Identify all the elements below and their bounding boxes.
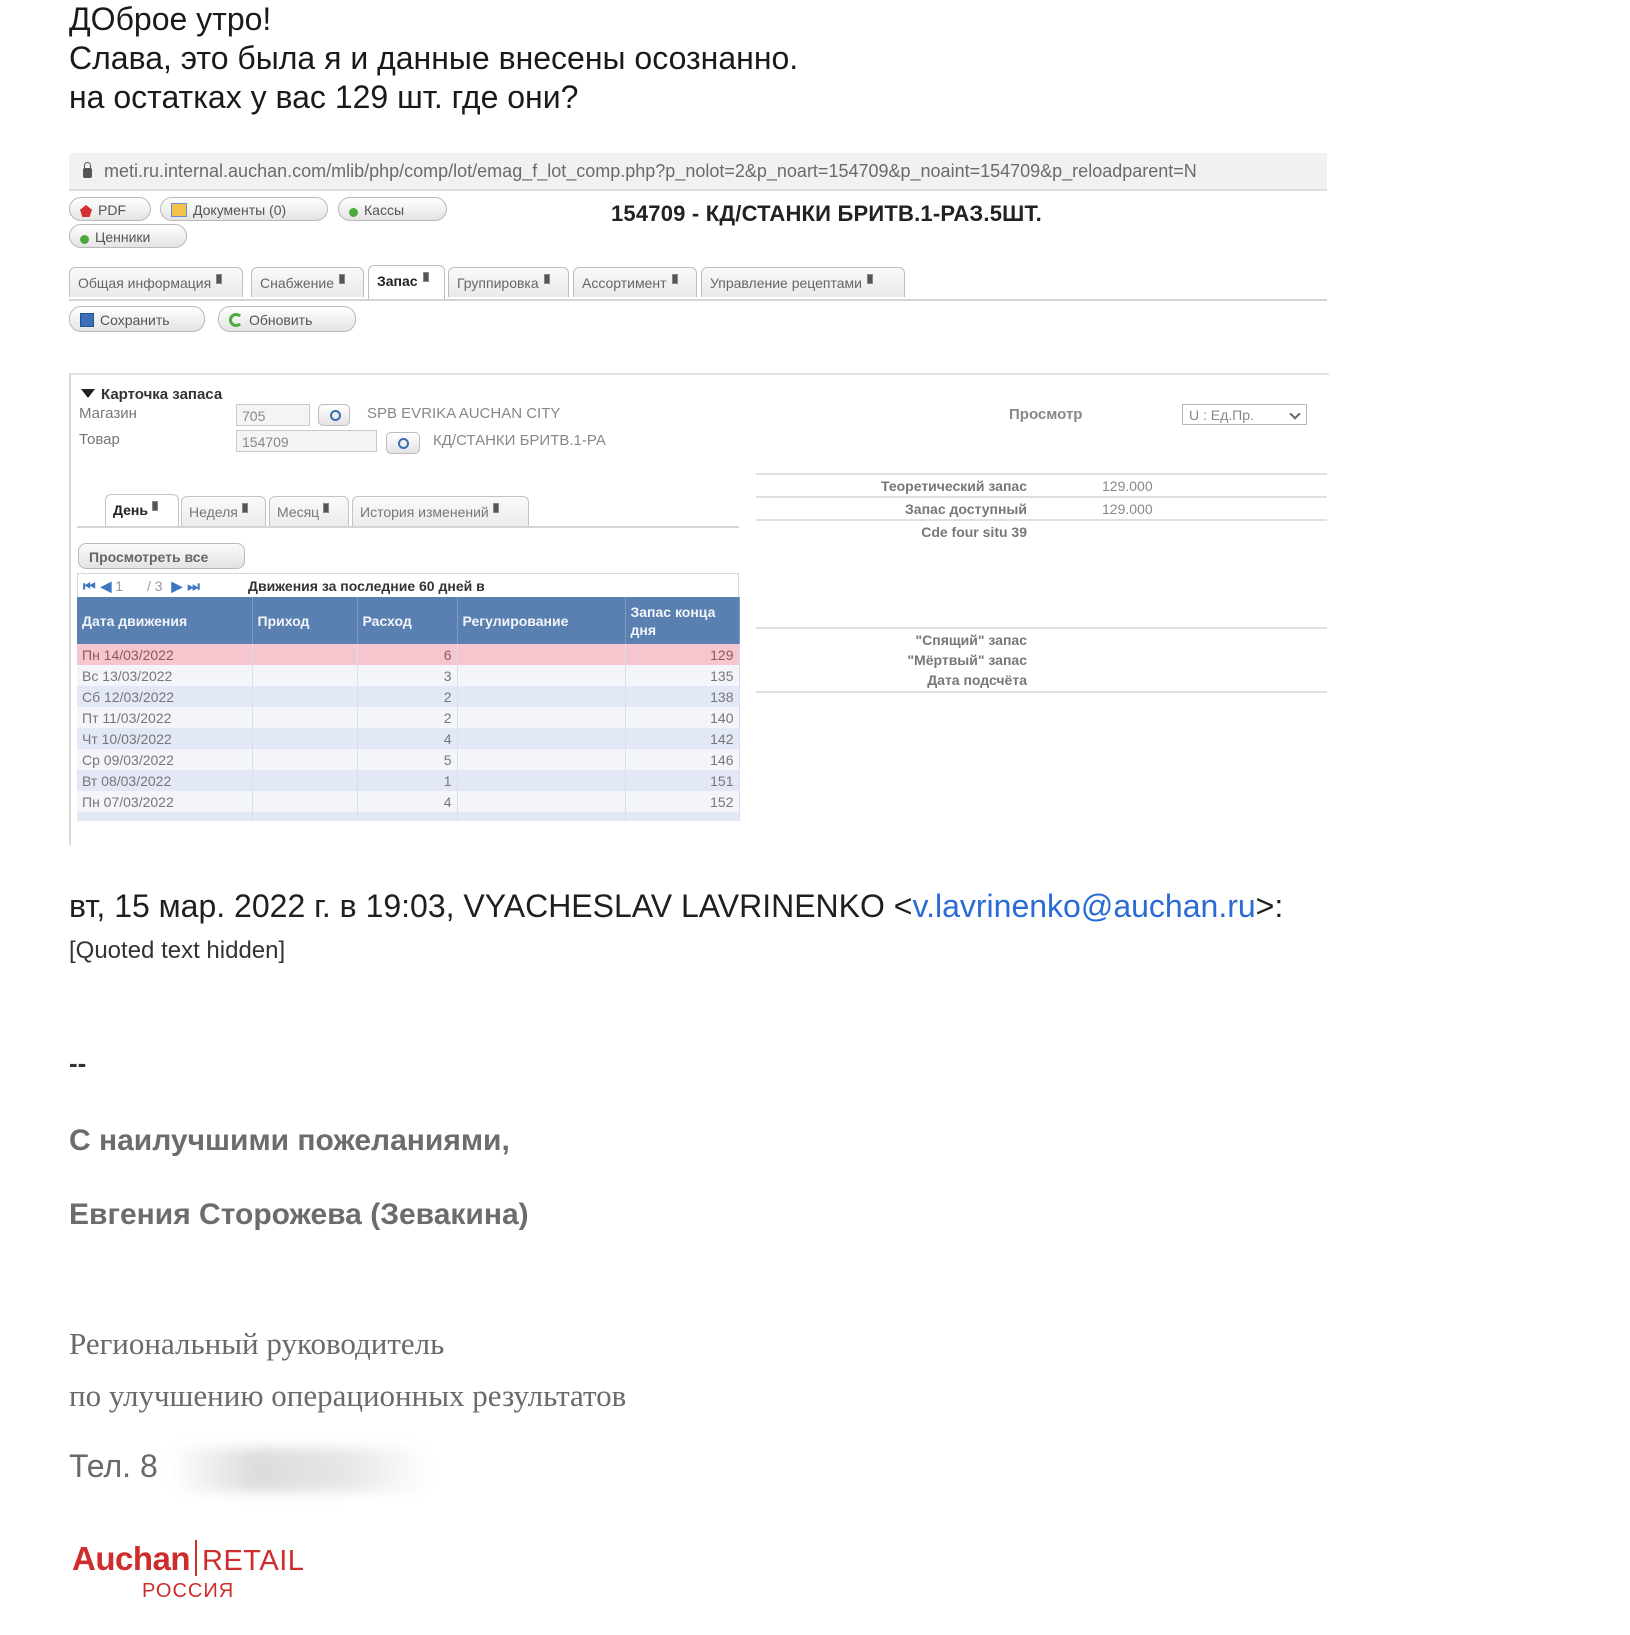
tab-supply[interactable]: Снабжение	[251, 267, 364, 297]
store-code-field[interactable]: 705	[236, 404, 310, 426]
item-name: КД/СТАНКИ БРИТВ.1-РА	[433, 432, 606, 449]
collapse-triangle-icon	[81, 389, 95, 398]
documents-button[interactable]: Документы (0)	[160, 197, 328, 221]
item-label: Товар	[79, 431, 120, 448]
email-intro: ДОброе утро! Слава, это была я и данные …	[69, 0, 798, 117]
summary-row: Cde four situ 39	[756, 519, 1327, 543]
cell-in	[252, 749, 357, 770]
prev-page-icon[interactable]: ◀	[101, 578, 112, 594]
sender-email-link[interactable]: v.lavrinenko@auchan.ru	[912, 888, 1255, 924]
cell-out: 6	[357, 644, 457, 665]
summary-value: 129.000	[1102, 475, 1153, 497]
cell-in	[252, 728, 357, 749]
cell-in	[252, 791, 357, 812]
stock-card-title[interactable]: Карточка запаса	[81, 386, 222, 403]
cell-date: Вс 13/03/2022	[77, 665, 252, 686]
summary-label: Cde four situ 39	[921, 521, 1027, 543]
green-dot-icon	[349, 208, 358, 217]
cell-stock: 142	[625, 728, 739, 749]
last-page-icon[interactable]: ⏭	[187, 578, 200, 594]
cell-adj	[457, 707, 625, 728]
pin-icon	[867, 274, 873, 284]
subtab-history[interactable]: История изменений	[352, 496, 529, 526]
period-tabs: День Неделя Месяц История изменений	[77, 494, 739, 528]
table-row[interactable]: Вт 08/03/20221151	[77, 770, 739, 791]
cell-date: Чт 10/03/2022	[77, 728, 252, 749]
cell-stock: 138	[625, 686, 739, 707]
store-name: SPB EVRIKA AUCHAN CITY	[367, 405, 560, 422]
signature-phone: Тел. 8	[69, 1448, 158, 1485]
table-row[interactable]: Пт 11/03/20222140	[77, 707, 739, 728]
pin-icon	[339, 274, 345, 284]
pdf-button[interactable]: PDF	[69, 197, 151, 221]
main-tabs: Общая информация Снабжение Запас Группир…	[69, 265, 1327, 301]
cell-date: Пт 11/03/2022	[77, 707, 252, 728]
col-header-stock[interactable]: Запас конца дня	[625, 597, 739, 644]
refresh-button[interactable]: Обновить	[218, 306, 356, 332]
cell-out: 1	[357, 770, 457, 791]
pin-icon	[544, 274, 550, 284]
cell-in	[252, 686, 357, 707]
redacted-phone	[170, 1448, 430, 1492]
page-total: / 3	[147, 578, 163, 594]
save-icon	[80, 313, 94, 327]
cell-out: 3	[357, 665, 457, 686]
view-select[interactable]: U : Ед.Пр.	[1182, 404, 1307, 425]
signature-greeting: С наилучшими пожеланиями,	[69, 1124, 510, 1158]
col-header-in[interactable]: Приход	[252, 597, 357, 644]
registers-button[interactable]: Кассы	[338, 197, 447, 221]
cell-in	[252, 770, 357, 791]
tab-stock[interactable]: Запас	[368, 265, 445, 299]
summary-row: Теоретический запас129.000	[756, 473, 1327, 497]
table-row[interactable]: Вс 13/03/20223135	[77, 665, 739, 686]
signature-name: Евгения Сторожева (Зевакина)	[69, 1198, 529, 1232]
summary-row: Дата подсчёта	[756, 669, 1327, 693]
table-row-cutoff	[77, 812, 739, 821]
pin-icon	[423, 272, 429, 282]
cell-in	[252, 644, 357, 665]
pin-icon	[242, 503, 248, 513]
view-all-button[interactable]: Просмотреть все	[78, 543, 245, 569]
auchan-retail-logo: AuchanRETAIL	[72, 1540, 304, 1578]
cell-date: Пн 14/03/2022	[77, 644, 252, 665]
cell-stock: 129	[625, 644, 739, 665]
cell-out: 2	[357, 686, 457, 707]
save-button[interactable]: Сохранить	[69, 306, 205, 332]
summary-label: Теоретический запас	[881, 475, 1027, 497]
intro-line: на остатках у вас 129 шт. где они?	[69, 78, 798, 117]
pin-icon	[152, 501, 158, 511]
signature-separator: --	[69, 1048, 86, 1079]
cell-adj	[457, 665, 625, 686]
embedded-screenshot: meti.ru.internal.auchan.com/mlib/php/com…	[69, 153, 1327, 843]
cell-out: 4	[357, 728, 457, 749]
store-label: Магазин	[79, 405, 137, 422]
subtab-day[interactable]: День	[105, 494, 179, 526]
green-dot-icon	[80, 235, 89, 244]
table-row[interactable]: Пн 14/03/20226129	[77, 644, 739, 665]
summary-label: Дата подсчёта	[927, 669, 1027, 691]
tab-assortment[interactable]: Ассортимент	[573, 267, 697, 297]
cell-stock: 135	[625, 665, 739, 686]
quote-header: вт, 15 мар. 2022 г. в 19:03, VYACHESLAV …	[69, 888, 1283, 925]
first-page-icon[interactable]: ⏮	[83, 578, 96, 594]
item-search-button[interactable]	[386, 432, 420, 454]
pager: ⏮◀ 1 / 3 ▶⏭ Движения за последние 60 дне…	[77, 573, 739, 597]
movements-table: Дата движения Приход Расход Регулировани…	[77, 597, 740, 821]
tab-recipes[interactable]: Управление рецептами	[701, 267, 905, 297]
table-row[interactable]: Ср 09/03/20225146	[77, 749, 739, 770]
pin-icon	[672, 274, 678, 284]
cell-adj	[457, 791, 625, 812]
logo-country: РОССИЯ	[142, 1580, 234, 1603]
cell-in	[252, 707, 357, 728]
cell-date: Ср 09/03/2022	[77, 749, 252, 770]
pager-title: Движения за последние 60 дней в	[248, 574, 485, 598]
cell-out: 5	[357, 749, 457, 770]
address-url: meti.ru.internal.auchan.com/mlib/php/com…	[104, 161, 1197, 181]
pin-icon	[216, 274, 222, 284]
intro-line: Слава, это была я и данные внесены осозн…	[69, 39, 798, 78]
refresh-icon	[229, 313, 243, 327]
summary-label: Запас доступный	[905, 498, 1027, 520]
cell-adj	[457, 686, 625, 707]
subtab-month[interactable]: Месяц	[269, 496, 349, 526]
cell-date: Сб 12/03/2022	[77, 686, 252, 707]
pin-icon	[493, 503, 499, 513]
subtab-week[interactable]: Неделя	[181, 496, 266, 526]
address-bar: meti.ru.internal.auchan.com/mlib/php/com…	[69, 153, 1327, 191]
table-row[interactable]: Чт 10/03/20224142	[77, 728, 739, 749]
folder-icon	[171, 203, 187, 217]
quoted-text-hidden[interactable]: [Quoted text hidden]	[69, 937, 285, 965]
summary-value: 129.000	[1102, 498, 1153, 520]
cell-adj	[457, 770, 625, 791]
cell-date: Вт 08/03/2022	[77, 770, 252, 791]
chevron-down-icon	[1289, 408, 1300, 419]
pin-icon	[323, 503, 329, 513]
cell-adj	[457, 644, 625, 665]
cell-stock: 152	[625, 791, 739, 812]
cell-adj	[457, 728, 625, 749]
summary-label: "Мёртвый" запас	[907, 649, 1027, 671]
table-row[interactable]: Сб 12/03/20222138	[77, 686, 739, 707]
signature-role: Региональный руководитель по улучшению о…	[69, 1318, 626, 1422]
col-header-adjust[interactable]: Регулирование	[457, 597, 625, 644]
pdf-icon	[80, 205, 92, 217]
cell-in	[252, 665, 357, 686]
summary-row: Запас доступный129.000	[756, 496, 1327, 520]
cell-date: Пн 07/03/2022	[77, 791, 252, 812]
lock-icon	[83, 168, 92, 178]
cell-out: 2	[357, 707, 457, 728]
store-search-button[interactable]	[318, 404, 350, 426]
page-input[interactable]: 1	[115, 578, 123, 594]
table-row[interactable]: Пн 07/03/20224152	[77, 791, 739, 812]
product-title: 154709 - КД/СТАНКИ БРИТВ.1-РАЗ.5ШТ.	[611, 201, 1042, 227]
cell-adj	[457, 749, 625, 770]
tab-general[interactable]: Общая информация	[69, 267, 243, 297]
tab-grouping[interactable]: Группировка	[448, 267, 569, 297]
summary-row: "Мёртвый" запас	[756, 649, 1327, 671]
item-code-field[interactable]: 154709	[236, 430, 377, 452]
summary-label: "Спящий" запас	[915, 629, 1027, 651]
summary-row: "Спящий" запас	[756, 627, 1327, 651]
next-page-icon[interactable]: ▶	[171, 578, 182, 594]
price-tags-button[interactable]: Ценники	[69, 224, 187, 248]
col-header-out[interactable]: Расход	[357, 597, 457, 644]
cell-out: 4	[357, 791, 457, 812]
cell-stock: 146	[625, 749, 739, 770]
col-header-date[interactable]: Дата движения	[77, 597, 252, 644]
cell-stock: 151	[625, 770, 739, 791]
cell-stock: 140	[625, 707, 739, 728]
intro-line: ДОброе утро!	[69, 0, 798, 39]
stock-summary: Теоретический запас129.000Запас доступны…	[756, 473, 1327, 690]
view-label: Просмотр	[1009, 406, 1082, 423]
